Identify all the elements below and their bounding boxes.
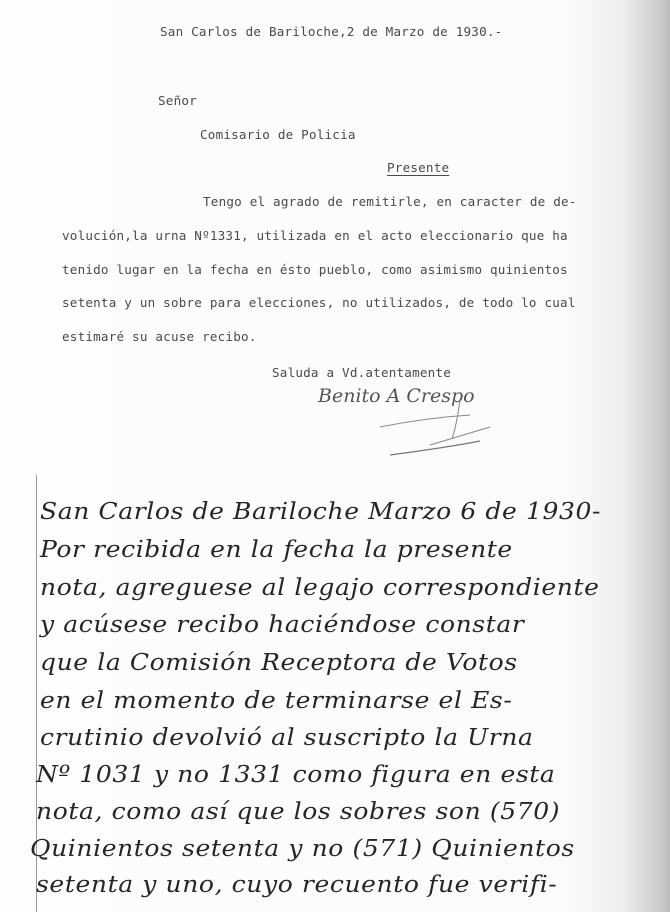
handwritten-line: nota, agreguese al legajo correspondient… [40,573,600,601]
presente-label: Presente [387,160,449,175]
handwritten-line: que la Comisión Receptora de Votos [40,648,518,676]
closing: Saluda a Vd.atentamente [272,365,451,380]
body-line: estimaré su acuse recibo. [62,329,257,344]
handwritten-line: San Carlos de Bariloche Marzo 6 de 1930- [40,497,601,525]
handwritten-line: nota, como así que los sobres son (570) [36,797,560,825]
handwritten-line: crutinio devolvió al suscripto la Urna [40,723,534,751]
body-line: setenta y un sobre para elecciones, no u… [62,295,576,310]
handwritten-line: Quinientos setenta y no (571) Quinientos [30,834,575,862]
dateline: San Carlos de Bariloche,2 de Marzo de 19… [160,24,502,39]
scanned-letter-page: San Carlos de Bariloche,2 de Marzo de 19… [0,0,670,912]
handwritten-line: en el momento de terminarse el Es- [40,686,512,714]
handwritten-line: y acúsese recibo haciéndose constar [40,610,524,638]
handwritten-line: Por recibida en la fecha la presente [40,535,513,563]
body-line: tenido lugar en la fecha en ésto pueblo,… [62,262,568,277]
handwritten-line: Nº 1031 y no 1331 como figura en esta [36,760,555,788]
handwritten-line: setenta y uno, cuyo recuento fue verifi- [36,870,557,898]
body-line: volución,la urna Nº1331, utilizada en el… [62,228,568,243]
body-line: Tengo el agrado de remitirle, en caracte… [203,194,577,209]
recipient: Comisario de Policia [200,127,356,142]
signature-flourish-icon [340,395,500,465]
salutation: Señor [158,93,197,108]
